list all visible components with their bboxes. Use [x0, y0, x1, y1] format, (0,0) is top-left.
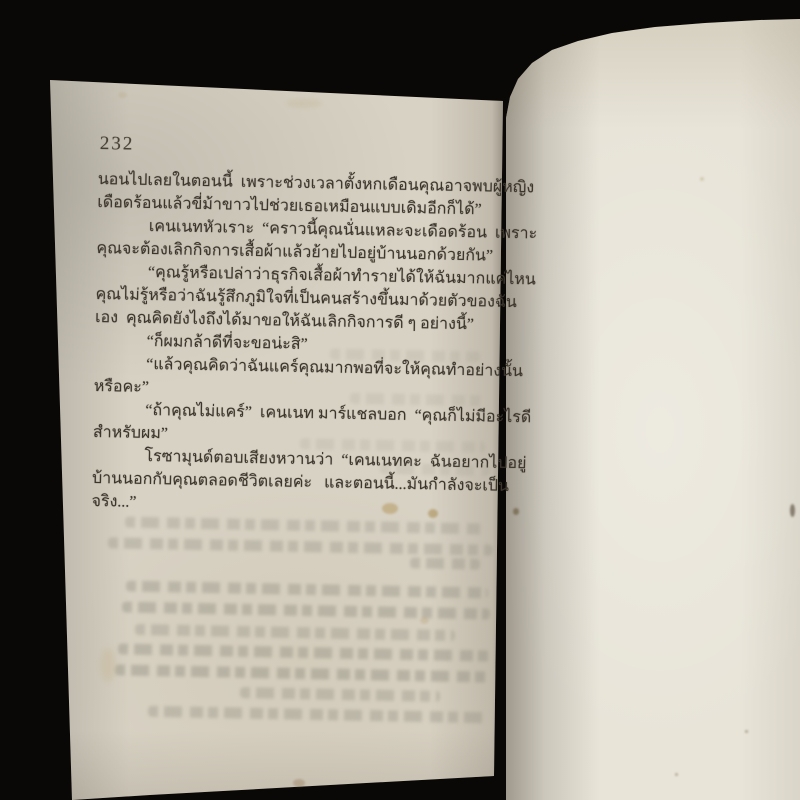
stain-mark: [100, 648, 116, 682]
book-photo: 232 นอนไปเลยในตอนนี้ เพราะช่วงเวลาตั้งหก…: [0, 0, 800, 800]
stain-mark: [420, 617, 429, 624]
show-through-line: [380, 463, 490, 476]
stain-mark: [382, 503, 398, 514]
stain-mark: [428, 509, 438, 518]
stain-mark: [118, 92, 127, 98]
show-through-line: [410, 557, 480, 569]
stain-mark: [675, 773, 678, 776]
stain-mark: [293, 779, 305, 787]
stain-mark: [790, 504, 795, 517]
page-number: 232: [100, 133, 135, 156]
stain-mark: [286, 99, 322, 108]
stain-mark: [513, 508, 519, 515]
stain-mark: [700, 177, 704, 181]
stain-mark: [745, 730, 748, 733]
